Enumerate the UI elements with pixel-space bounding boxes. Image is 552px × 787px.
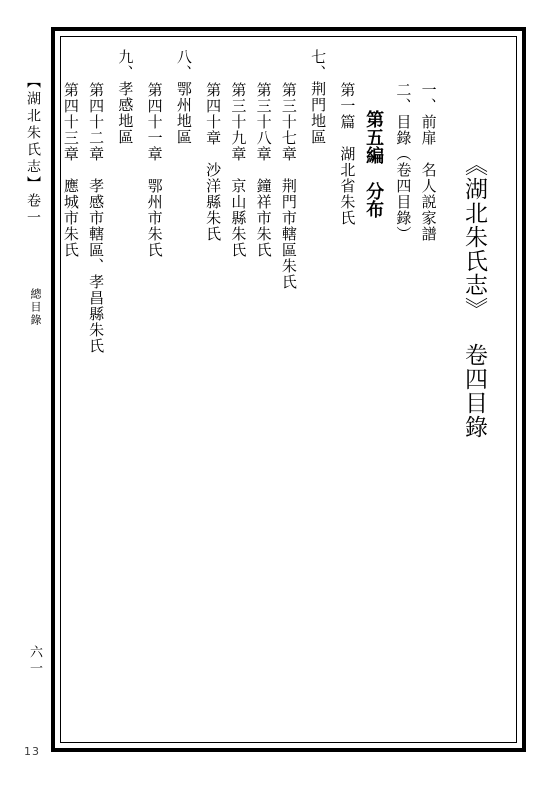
toc-entry: 第四十一章 鄂州市朱氏: [145, 40, 162, 258]
spine-volume: 卷一: [25, 193, 41, 227]
folio-number: 六一: [28, 645, 41, 677]
toc-subtitle: 卷四目錄: [461, 343, 487, 439]
toc-title-column: 《湖北朱氏志》卷四目錄: [461, 40, 487, 439]
toc-entry: 第四十三章 應城市朱氏: [62, 40, 79, 258]
toc-entry: 第四十章 沙洋縣朱氏: [204, 40, 221, 242]
toc-entry: 第三十八章 鐘祥市朱氏: [254, 40, 271, 258]
spine-section-label: 總目錄: [30, 288, 41, 327]
scanned-book-page: 【湖北朱氏志】卷一 總目錄 六一 13 《湖北朱氏志》卷四目錄 一、前扉 名人説…: [0, 0, 552, 787]
toc-entry: 一、前扉 名人説家譜: [419, 40, 436, 242]
spine-label: 【湖北朱氏志】卷一: [26, 74, 40, 227]
title-gap: [474, 321, 475, 343]
toc-entry: 第五編 分布: [362, 40, 383, 218]
book-title: 《湖北朱氏志》: [461, 153, 487, 321]
toc-entry: 八、鄂州地區: [175, 40, 192, 145]
toc-entry: 二、目錄（卷四目錄）: [394, 40, 411, 242]
toc-entry: 第三十七章 荆門市轄區朱氏: [280, 40, 297, 290]
page-number: 13: [24, 745, 40, 758]
toc-entry: 九、孝感地區: [116, 40, 133, 145]
toc-content: 《湖北朱氏志》卷四目錄 一、前扉 名人説家譜二、目錄（卷四目錄）第五編 分布第一…: [64, 40, 512, 740]
toc-entry: 第一篇 湖北省朱氏: [338, 40, 355, 226]
toc-entry: 七、荆門地區: [309, 40, 326, 145]
spine-book-title: 【湖北朱氏志】: [25, 74, 41, 193]
toc-entry: 第四十二章 孝感市轄區、孝昌縣朱氏: [87, 40, 104, 354]
toc-entry: 第三十九章 京山縣朱氏: [229, 40, 246, 258]
